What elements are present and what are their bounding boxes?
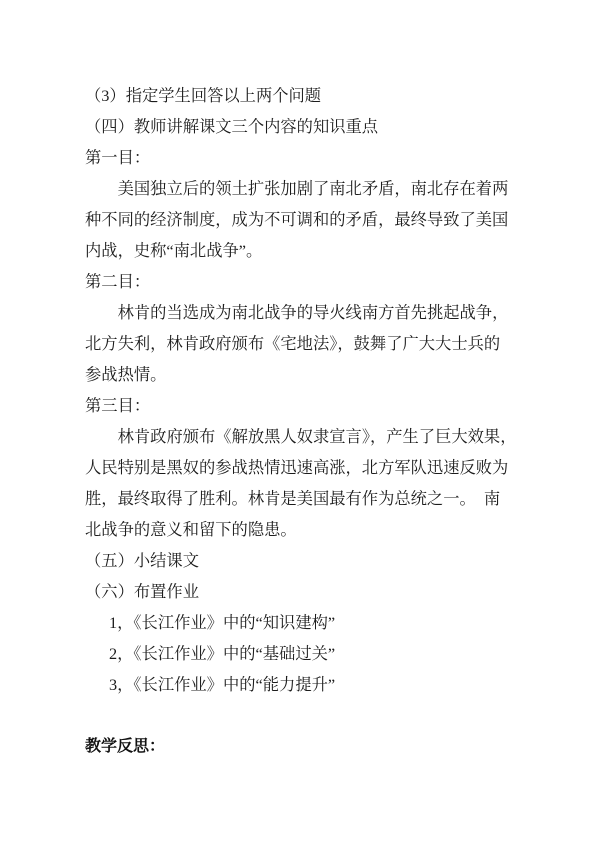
- document-page: （3）指定学生回答以上两个问题 （四）教师讲解课文三个内容的知识重点 第一目： …: [0, 0, 595, 842]
- homework-item-3: 3，《长江作业》中的“能力提升”: [85, 669, 537, 700]
- step-line-6: （六）布置作业: [85, 576, 537, 607]
- step-line-4: （四）教师讲解课文三个内容的知识重点: [85, 111, 537, 142]
- homework-item-2: 2，《长江作业》中的“基础过关”: [85, 638, 537, 669]
- step-line-3: （3）指定学生回答以上两个问题: [85, 80, 537, 111]
- paragraph-line: 林肯的当选成为南北战争的导火线南方首先挑起战争，: [85, 297, 537, 328]
- paragraph-line: 胜，最终取得了胜利。林肯是美国最有作为总统之一。 南: [85, 483, 537, 514]
- step-line-5: （五）小结课文: [85, 545, 537, 576]
- homework-item-1: 1，《长江作业》中的“知识建构”: [85, 607, 537, 638]
- section-heading-3: 第三目：: [85, 390, 537, 421]
- paragraph-line: 北方失利，林肯政府颁布《宅地法》，鼓舞了广大大士兵的: [85, 328, 537, 359]
- paragraph-line: 林肯政府颁布《解放黑人奴隶宣言》，产生了巨大效果，: [85, 421, 537, 452]
- paragraph-line: 内战，史称“南北战争”。: [85, 235, 537, 266]
- reflection-heading: 教学反思：: [85, 731, 537, 762]
- paragraph-line: 参战热情。: [85, 359, 537, 390]
- paragraph-line: 种不同的经济制度，成为不可调和的矛盾，最终导致了美国: [85, 204, 537, 235]
- paragraph-line: 美国独立后的领土扩张加剧了南北矛盾，南北存在着两: [85, 173, 537, 204]
- section-heading-2: 第二目：: [85, 266, 537, 297]
- paragraph-line: 北战争的意义和留下的隐患。: [85, 514, 537, 545]
- section-heading-1: 第一目：: [85, 142, 537, 173]
- paragraph-line: 人民特别是黑奴的参战热情迅速高涨，北方军队迅速反败为: [85, 452, 537, 483]
